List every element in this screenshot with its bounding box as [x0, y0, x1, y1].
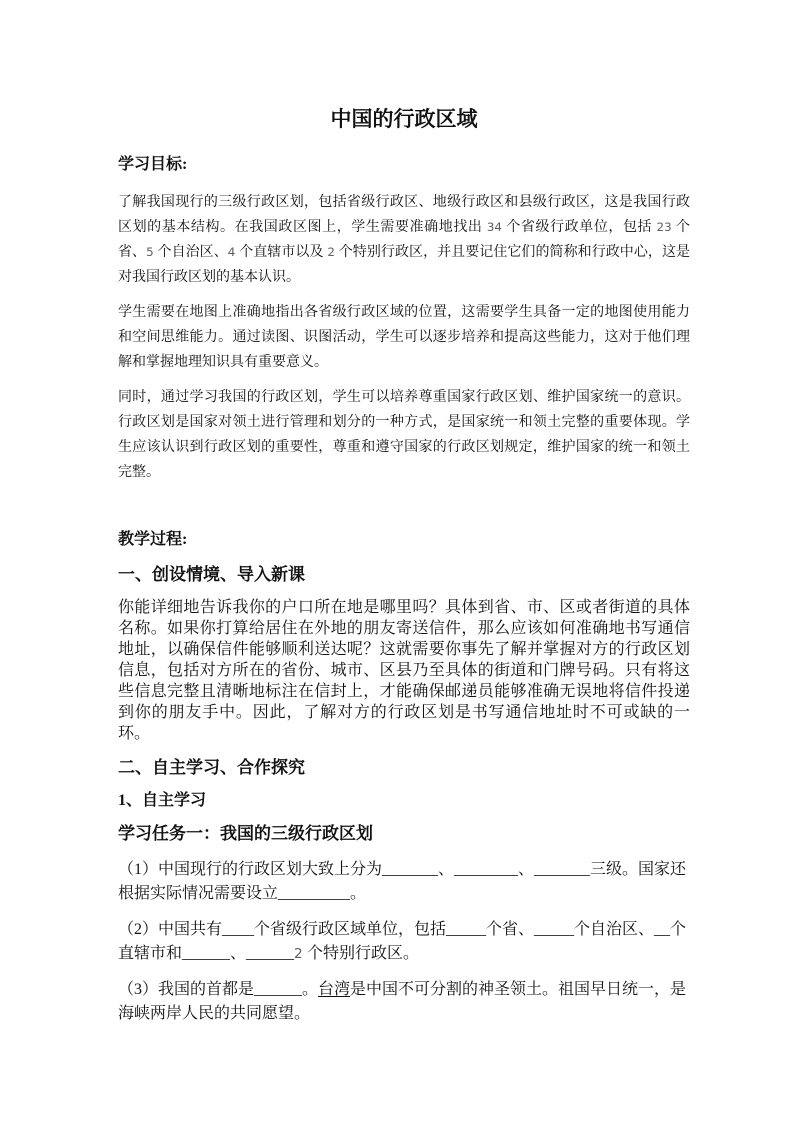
- section-1-heading: 一、创设情境、导入新课: [118, 563, 690, 587]
- text-segment-num: 23: [652, 220, 676, 234]
- text-segment: 个特别行政区。: [307, 945, 419, 962]
- section-1-paragraph: 你能详细地告诉我你的户口所在地是哪里吗？具体到省、市、区或者街道的具体名称。如果…: [118, 597, 690, 744]
- document-content: 中国的行政区域 学习目标: 了解我国现行的三级行政区划，包括省级行政区、地级行政…: [118, 104, 690, 1026]
- section-2-heading: 二、自主学习、合作探究: [118, 756, 690, 780]
- text-segment: 个直辖市以及: [239, 245, 323, 260]
- learning-goals-heading: 学习目标:: [118, 154, 690, 176]
- text-segment-num: 4: [228, 245, 239, 259]
- text-segment-num: 34: [482, 220, 506, 234]
- learning-goals-paragraph-3: 同时，通过学习我国的行政区划，学生可以培养尊重国家行政区划、维护国家统一的意识。…: [118, 385, 690, 485]
- document-title: 中国的行政区域: [118, 104, 690, 134]
- text-segment: 个自治区、: [158, 245, 228, 260]
- question-1-fill-blank: （1）中国现行的行政区划大致上分为_______、________、______…: [118, 858, 690, 906]
- text-segment-num: 5: [146, 245, 157, 259]
- text-segment-num: 2: [324, 245, 339, 259]
- question-3-fill-blank: （3）我国的首都是______。台湾是中国不可分割的神圣领土。祖国早日统一，是海…: [118, 978, 690, 1026]
- learning-goals-paragraph-2: 学生需要在地图上准确地指出各省级行政区域的位置，这需要学生具备一定的地图使用能力…: [118, 300, 690, 375]
- text-segment: 个省级行政单位，包括: [506, 220, 652, 235]
- document-page: 中国的行政区域 学习目标: 了解我国现行的三级行政区划，包括省级行政区、地级行政…: [0, 0, 794, 1123]
- text-segment-num: 2: [294, 946, 307, 962]
- self-study-subheading: 1、自主学习: [118, 790, 690, 812]
- learning-goals-paragraph-1: 了解我国现行的三级行政区划，包括省级行政区、地级行政区和县级行政区，这是我国行政…: [118, 190, 690, 290]
- question-2-fill-blank: （2）中国共有____个省级行政区域单位，包括_____个省、_____个自治区…: [118, 918, 690, 966]
- text-segment-underline: 台湾: [318, 981, 350, 998]
- text-segment: （1）中国现行的行政区划大致上分为_______、________、______…: [118, 861, 686, 902]
- teaching-process-heading: 教学过程:: [118, 529, 690, 551]
- task-1-heading: 学习任务一：我国的三级行政区划: [118, 822, 690, 846]
- text-segment: （3）我国的首都是______。: [118, 981, 318, 998]
